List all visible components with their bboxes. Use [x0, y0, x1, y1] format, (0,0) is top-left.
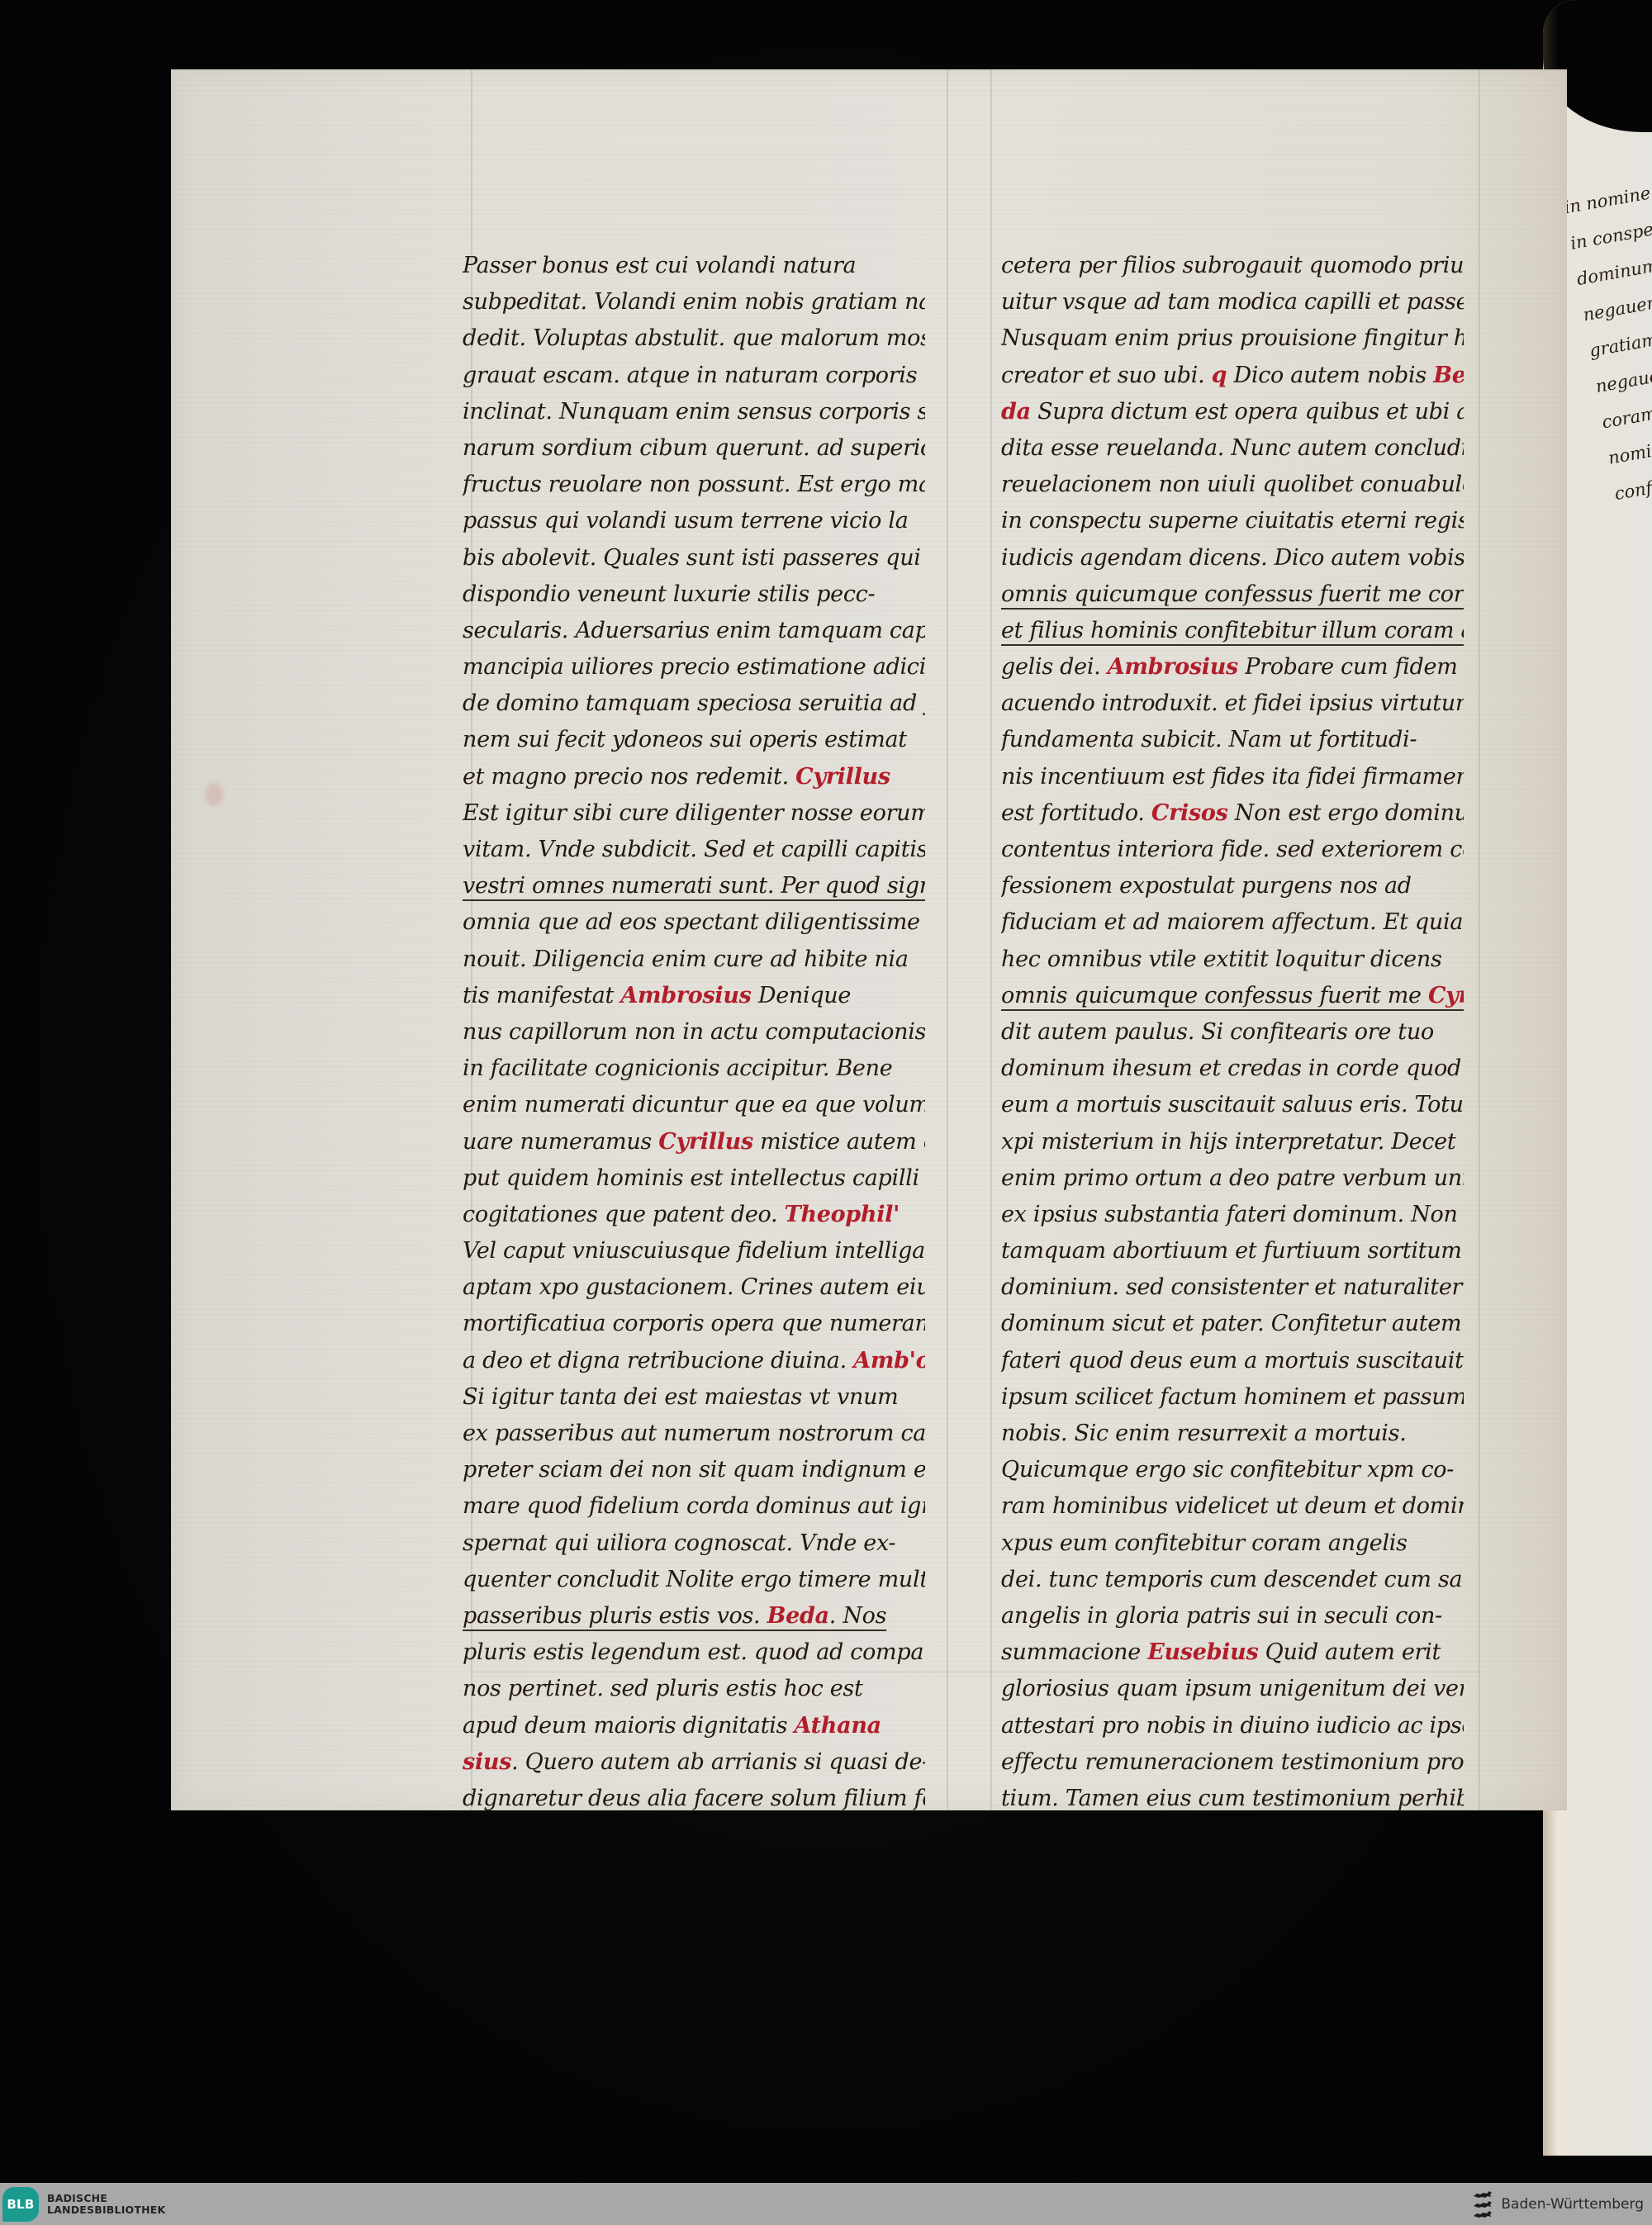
text-line: nouit. Diligencia enim cure ad hibite ni… [463, 942, 925, 978]
text-line: vitam. Vnde subdicit. Sed et capilli cap… [463, 832, 925, 868]
text-line: passus qui volandi usum terrene vicio la [463, 503, 925, 539]
text-line: de domino tamquam speciosa seruitia ad y… [463, 686, 925, 722]
ruling-line-right [1479, 69, 1480, 1810]
line-text: reuelacionem non uiuli quolibet conuabul… [1001, 472, 1464, 497]
line-text: nus capillorum non in actu computacionis… [463, 1019, 925, 1045]
line-text: gloriosius quam ipsum unigenitum dei ver… [1001, 1676, 1464, 1701]
text-line: Passer bonus est cui volandi natura [463, 248, 925, 284]
text-line: nis incentiuum est fides ita fidei firma… [1001, 759, 1464, 795]
baden-wuerttemberg-name: Baden-Württemberg [1501, 2196, 1644, 2213]
rubric-author-name: Crisos [1151, 800, 1228, 826]
line-text: contentus interiora fide. sed exteriorem… [1001, 837, 1464, 862]
text-line: fateri quod deus eum a mortuis suscitaui… [1001, 1343, 1464, 1379]
rubric-author-name: Beda [767, 1603, 829, 1629]
line-text: gelis dei. [1001, 654, 1108, 680]
text-line: bis abolevit. Quales sunt isti passeres … [463, 540, 925, 576]
text-line: nos pertinet. sed pluris estis hoc est [463, 1671, 925, 1707]
line-text: omnis quicumque confessus fuerit me cora… [1001, 581, 1464, 607]
line-text: put quidem hominis est intellectus capil… [463, 1165, 925, 1191]
blb-name-line1: BADISCHE [47, 2193, 165, 2204]
text-line: nem sui fecit ydoneos sui operis estimat [463, 722, 925, 758]
line-text: inclinat. Nunquam enim sensus corporis s… [463, 399, 925, 425]
line-text: ipsum scilicet factum hominem et passum … [1001, 1384, 1464, 1410]
text-line: xpus eum confitebitur coram angelis [1001, 1525, 1464, 1562]
text-line: dominium. sed consistenter et naturalite… [1001, 1269, 1464, 1306]
text-line: hec omnibus vtile extitit loquitur dicen… [1001, 942, 1464, 978]
line-text: mortificatiua corporis opera que numeran… [463, 1311, 925, 1336]
text-line: cetera per filios subrogauit quomodo pri… [1001, 248, 1464, 284]
text-line: omnis quicumque confessus fuerit me cora… [1001, 576, 1464, 613]
rubric-author-name: Be [1433, 363, 1464, 388]
line-text: tium. Tamen eius cum testimonium perhibe… [1001, 1786, 1464, 1811]
line-text: subpeditat. Volandi enim nobis gratiam n… [463, 289, 925, 315]
line-text: ram hominibus videlicet ut deum et domin… [1001, 1493, 1464, 1519]
line-text: de domino tamquam speciosa seruitia ad y… [463, 690, 925, 716]
line-text: Supra dictum est opera quibus et ubi abs… [1031, 399, 1464, 425]
line-text: cetera per filios subrogauit quomodo pri… [1001, 253, 1464, 278]
line-text: grauat escam. atque in naturam corporis … [463, 363, 925, 388]
text-line: subpeditat. Volandi enim nobis gratiam n… [463, 284, 925, 320]
text-line: gelis dei. Ambrosius Probare cum fidem [1001, 649, 1464, 686]
line-text: passus qui volandi usum terrene vicio la [463, 508, 909, 534]
line-text: dominum sicut et pater. Confitetur autem [1001, 1311, 1461, 1336]
text-line: passeribus pluris estis vos. Beda. Nos [463, 1598, 925, 1634]
text-line: uare numeramus Cyrillus mistice autem ca… [463, 1124, 925, 1160]
text-line: angelis in gloria patris sui in seculi c… [1001, 1598, 1464, 1634]
line-text: passeribus pluris estis vos. [463, 1603, 767, 1629]
text-line: contentus interiora fide. sed exteriorem… [1001, 832, 1464, 868]
text-line: secularis. Aduersarius enim tamquam capt… [463, 613, 925, 649]
line-text: angelis in gloria patris sui in seculi c… [1001, 1603, 1442, 1629]
line-text: a deo et digna retribucione diuina. [463, 1348, 853, 1373]
text-line: Quicumque ergo sic confitebitur xpm co- [1001, 1452, 1464, 1488]
line-text: eum a mortuis suscitauit saluus eris. To… [1001, 1092, 1464, 1117]
line-text: enim numerati dicuntur que ea que volumu… [463, 1092, 925, 1117]
rubric-author-name: q [1212, 363, 1227, 388]
line-text: uare numeramus [463, 1129, 658, 1155]
line-text: tamquam abortiuum et furtiuum sortitum [1001, 1238, 1462, 1264]
text-line: ram hominibus videlicet ut deum et domin… [1001, 1488, 1464, 1525]
line-text: nem sui fecit ydoneos sui operis estimat [463, 727, 907, 752]
line-text: dit autem paulus. Si confitearis ore tuo [1001, 1019, 1434, 1045]
line-text: fateri quod deus eum a mortuis suscitaui… [1001, 1348, 1464, 1373]
text-line: apud deum maioris dignitatis Athana [463, 1708, 925, 1744]
text-line: xpi misterium in hijs interpretatur. Dec… [1001, 1124, 1464, 1160]
line-text: Non est ergo dominus [1227, 800, 1464, 826]
text-line: narum sordium cibum querunt. ad superior… [463, 430, 925, 467]
line-text: summacione [1001, 1639, 1147, 1665]
line-text: dita esse reuelanda. Nunc autem concludi… [1001, 435, 1464, 461]
rubric-author-name: Cyrillus [1428, 983, 1464, 1008]
rubric-author-name: Amb'o [853, 1348, 925, 1373]
text-line: Est igitur sibi cure diligenter nosse eo… [463, 795, 925, 832]
ruling-line-center-right [990, 69, 992, 1810]
text-line: grauat escam. atque in naturam corporis … [463, 358, 925, 394]
line-text: Quicumque ergo sic confitebitur xpm co- [1001, 1457, 1454, 1483]
text-line: put quidem hominis est intellectus capil… [463, 1160, 925, 1197]
rubric-author-name: Cyrillus [658, 1129, 753, 1155]
line-text: effectu remuneracionem testimonium proxi… [1001, 1749, 1464, 1775]
text-line: dita esse reuelanda. Nunc autem concludi… [1001, 430, 1464, 467]
text-column-right: cetera per filios subrogauit quomodo pri… [1001, 248, 1464, 1817]
line-text: in nomine eius cui confitemur [1563, 153, 1652, 218]
blb-logo[interactable]: BLB BADISCHE LANDESBIBLIOTHEK [2, 2187, 165, 2222]
text-line: sius. Quero autem ab arrianis si quasi d… [463, 1744, 925, 1781]
text-line: acuendo introduxit. et fidei ipsius virt… [1001, 686, 1464, 722]
three-lions-icon [1473, 2189, 1493, 2219]
rubric-author-name: Ambrosius [1108, 654, 1238, 680]
text-line: tis manifestat Ambrosius Denique [463, 978, 925, 1014]
line-text: attestari pro nobis in diuino iudicio ac… [1001, 1713, 1464, 1739]
text-line: Vel caput vniuscuiusque fidelium intelli… [463, 1233, 925, 1269]
text-line: eum a mortuis suscitauit saluus eris. To… [1001, 1087, 1464, 1123]
line-text: fructus reuolare non possunt. Est ergo m… [463, 472, 925, 497]
text-line: dominum sicut et pater. Confitetur autem [1001, 1306, 1464, 1342]
text-line: gloriosius quam ipsum unigenitum dei ver… [1001, 1671, 1464, 1707]
line-text: mancipia uiliores precio estimatione adi… [463, 654, 925, 680]
text-line: nus capillorum non in actu computacionis… [463, 1014, 925, 1051]
line-text: creator et suo ubi. [1001, 363, 1212, 388]
rubric-author-name: Cyrillus [795, 764, 890, 790]
line-text: pluris estis legendum est. quod ad compa… [463, 1639, 925, 1665]
rubric-author-name: da [1001, 399, 1031, 425]
line-text: mistice autem ca- [753, 1129, 925, 1155]
line-text: Quid autem erit [1258, 1639, 1441, 1665]
rubric-author-name: Athana [794, 1713, 881, 1739]
text-line: effectu remuneracionem testimonium proxi… [1001, 1744, 1464, 1781]
text-column-left: Passer bonus est cui volandi naturasubpe… [463, 248, 925, 1817]
text-line: attestari pro nobis in diuino iudicio ac… [1001, 1708, 1464, 1744]
adjacent-leaf-text: in nomine eius cui confitemurin conspect… [1561, 170, 1652, 512]
line-text: preter sciam dei non sit quam indignum e… [463, 1457, 925, 1483]
line-text: fessionem expostulat purgens nos ad [1001, 873, 1412, 899]
line-text: vitam. Vnde subdicit. Sed et capilli cap… [463, 837, 925, 862]
text-line: in facilitate cognicionis accipitur. Ben… [463, 1051, 925, 1087]
text-line: mare quod fidelium corda dominus aut ign… [463, 1488, 925, 1525]
text-line: tamquam abortiuum et furtiuum sortitum [1001, 1233, 1464, 1269]
text-line: mortificatiua corporis opera que numeran… [463, 1306, 925, 1342]
line-text: xpi misterium in hijs interpretatur. Dec… [1001, 1129, 1455, 1155]
text-line: ex ipsius substantia fateri dominum. Non [1001, 1197, 1464, 1233]
text-line: quenter concludit Nolite ergo timere mul… [463, 1562, 925, 1598]
line-text: quenter concludit Nolite ergo timere mul… [463, 1567, 925, 1592]
text-line: ex passeribus aut numerum nostrorum capi… [463, 1416, 925, 1452]
text-line: fessionem expostulat purgens nos ad [1001, 868, 1464, 904]
text-line: pluris estis legendum est. quod ad compa… [463, 1634, 925, 1671]
blb-library-name: BADISCHE LANDESBIBLIOTHEK [47, 2193, 165, 2216]
baden-wuerttemberg-logo[interactable]: Baden-Württemberg [1473, 2189, 1644, 2219]
line-text: secularis. Aduersarius enim tamquam capt… [463, 618, 925, 643]
text-line: enim primo ortum a deo patre verbum unig… [1001, 1160, 1464, 1197]
line-text: dispondio veneunt luxurie stilis pecc- [463, 581, 875, 607]
rubric-author-name: Ambrosius [620, 983, 751, 1008]
text-line: Si igitur tanta dei est maiestas vt vnum [463, 1379, 925, 1416]
line-text: omnis quicumque confessus fuerit me [1001, 983, 1428, 1008]
line-text: mare quod fidelium corda dominus aut ign… [463, 1493, 925, 1519]
line-text: nis incentiuum est fides ita fidei firma… [1001, 764, 1464, 790]
rubric-author-name: sius [463, 1749, 511, 1775]
text-line: dispondio veneunt luxurie stilis pecc- [463, 576, 925, 613]
text-line: summacione Eusebius Quid autem erit [1001, 1634, 1464, 1671]
text-line: preter sciam dei non sit quam indignum e… [463, 1452, 925, 1488]
line-text: narum sordium cibum querunt. ad superior… [463, 435, 925, 461]
line-text: uitur vsque ad tam modica capilli et pas… [1001, 289, 1464, 315]
line-text: fiduciam et ad maiorem affectum. Et quia [1001, 909, 1463, 935]
blb-badge-icon: BLB [2, 2187, 39, 2222]
line-text: cogitationes que patent deo. [463, 1202, 785, 1227]
line-text: apud deum maioris dignitatis [463, 1713, 794, 1739]
line-text: dominum ihesum et credas in corde quod d… [1001, 1056, 1464, 1081]
line-text: Passer bonus est cui volandi natura [463, 253, 856, 278]
text-line: dominum ihesum et credas in corde quod d… [1001, 1051, 1464, 1087]
line-text: enim primo ortum a deo patre verbum unig… [1001, 1165, 1464, 1191]
text-line: dignaretur deus alia facere solum filium… [463, 1781, 925, 1817]
line-text: nobis. Sic enim resurrexit a mortuis. [1001, 1421, 1406, 1446]
text-line: dedit. Voluptas abstulit. que malorum mo… [463, 320, 925, 357]
ruling-line-center-left [947, 69, 948, 1810]
text-line: dit autem paulus. Si confitearis ore tuo [1001, 1014, 1464, 1051]
text-line: spernat qui uiliora cognoscat. Vnde ex- [463, 1525, 925, 1562]
text-line: reuelacionem non uiuli quolibet conuabul… [1001, 467, 1464, 503]
text-line: nobis. Sic enim resurrexit a mortuis. [1001, 1416, 1464, 1452]
line-text: ex ipsius substantia fateri dominum. Non [1001, 1202, 1458, 1227]
line-text: hec omnibus vtile extitit loquitur dicen… [1001, 946, 1442, 972]
text-line: fiduciam et ad maiorem affectum. Et quia [1001, 904, 1464, 941]
text-line: a deo et digna retribucione diuina. Amb'… [463, 1343, 925, 1379]
line-text: acuendo introduxit. et fidei ipsius virt… [1001, 690, 1464, 716]
line-text: dominium. sed consistenter et naturalite… [1001, 1274, 1462, 1300]
line-text: iudicis agendam dicens. Dico autem vobis [1001, 545, 1464, 571]
line-text: omnia que ad eos spectant diligentissime [463, 909, 920, 935]
text-line: Nusquam enim prius prouisione fingitur h… [1001, 320, 1464, 357]
line-text: Vel caput vniuscuiusque fidelium intelli… [463, 1238, 925, 1264]
blb-name-line2: LANDESBIBLIOTHEK [47, 2204, 165, 2216]
line-text: et filius hominis confitebitur illum cor… [1001, 618, 1464, 643]
text-line: dei. tunc temporis cum descendet cum san… [1001, 1562, 1464, 1598]
text-line: inclinat. Nunquam enim sensus corporis s… [463, 394, 925, 430]
text-line: da Supra dictum est opera quibus et ubi … [1001, 394, 1464, 430]
line-text: aptam xpo gustacionem. Crines autem eius [463, 1274, 925, 1300]
text-line: creator et suo ubi. q Dico autem nobis B… [1001, 358, 1464, 394]
line-text: Probare cum fidem [1238, 654, 1458, 680]
line-text: fundamenta subicit. Nam ut fortitudi- [1001, 727, 1417, 752]
text-line: fructus reuolare non possunt. Est ergo m… [463, 467, 925, 503]
line-text: Si igitur tanta dei est maiestas vt vnum [463, 1384, 899, 1410]
text-line: tium. Tamen eius cum testimonium perhibe… [1001, 1781, 1464, 1817]
line-text: et magno precio nos redemit. [463, 764, 795, 790]
text-line: et filius hominis confitebitur illum cor… [1001, 613, 1464, 649]
text-line: aptam xpo gustacionem. Crines autem eius [463, 1269, 925, 1306]
text-line: vestri omnes numerati sunt. Per quod sig… [463, 868, 925, 904]
line-text: . Quero autem ab arrianis si quasi de- [511, 1749, 925, 1775]
viewer-footer-bar: BLB BADISCHE LANDESBIBLIOTHEK Baden-Würt… [0, 2183, 1652, 2225]
text-line: uitur vsque ad tam modica capilli et pas… [1001, 284, 1464, 320]
line-text: tis manifestat [463, 983, 620, 1008]
line-text: dei. tunc temporis cum descendet cum san… [1001, 1567, 1464, 1592]
red-stain-mark [205, 783, 223, 806]
line-text: Dico autem nobis [1227, 363, 1433, 388]
line-text: in facilitate cognicionis accipitur. Ben… [463, 1056, 892, 1081]
text-line: omnis quicumque confessus fuerit me Cyri… [1001, 978, 1464, 1014]
line-text: Denique [752, 983, 851, 1008]
line-text: dignaretur deus alia facere solum filium… [463, 1786, 925, 1811]
line-text: ex passeribus aut numerum nostrorum capi… [463, 1421, 925, 1446]
line-text: spernat qui uiliora cognoscat. Vnde ex- [463, 1530, 895, 1556]
line-text: in conspectu superne ciuitatis eterni re… [1001, 508, 1464, 534]
line-text: nouit. Diligencia enim cure ad hibite ni… [463, 946, 909, 972]
rubric-author-name: Eusebius [1147, 1639, 1258, 1665]
text-line: enim numerati dicuntur que ea que volumu… [463, 1087, 925, 1123]
line-text: bis abolevit. Quales sunt isti passeres … [463, 545, 921, 571]
text-line: et magno precio nos redemit. Cyrillus [463, 759, 925, 795]
text-line: est fortitudo. Crisos Non est ergo domin… [1001, 795, 1464, 832]
text-line: fundamenta subicit. Nam ut fortitudi- [1001, 722, 1464, 758]
text-line: iudicis agendam dicens. Dico autem vobis [1001, 540, 1464, 576]
line-text: Est igitur sibi cure diligenter nosse eo… [463, 800, 925, 826]
rubric-author-name: Theophil' [785, 1202, 900, 1227]
text-line: cogitationes que patent deo. Theophil' [463, 1197, 925, 1233]
text-line: ipsum scilicet factum hominem et passum … [1001, 1379, 1464, 1416]
text-line: mancipia uiliores precio estimatione adi… [463, 649, 925, 686]
line-text: est fortitudo. [1001, 800, 1151, 826]
line-text: . Nos [829, 1603, 886, 1629]
text-line: omnia que ad eos spectant diligentissime [463, 904, 925, 941]
line-text: vestri omnes numerati sunt. Per quod sig… [463, 873, 925, 899]
line-text: nos pertinet. sed pluris estis hoc est [463, 1676, 863, 1701]
line-text: Nusquam enim prius prouisione fingitur h… [1001, 325, 1464, 351]
line-text: xpus eum confitebitur coram angelis [1001, 1530, 1408, 1556]
line-text: dedit. Voluptas abstulit. que malorum mo… [463, 325, 925, 351]
text-line: in conspectu superne ciuitatis eterni re… [1001, 503, 1464, 539]
